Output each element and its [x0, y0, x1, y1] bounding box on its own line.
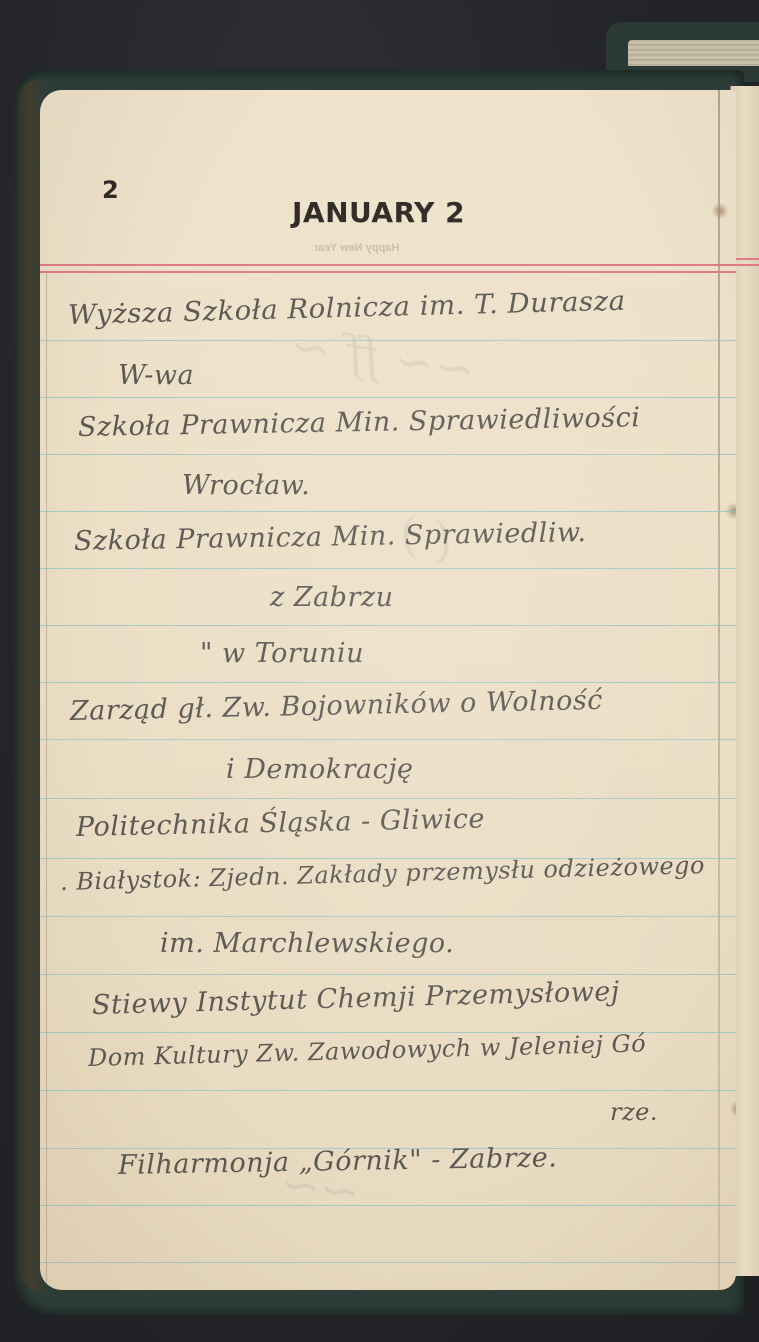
ruled-line	[40, 916, 736, 917]
ruled-line	[40, 1090, 736, 1091]
handwritten-line: Politechnika Śląska - Gliwice	[76, 803, 486, 843]
paper-stain	[712, 202, 728, 220]
handwritten-line: Filharmonja „Górnik" - Zabrze.	[118, 1142, 558, 1181]
back-notebook-page-edges	[628, 40, 759, 66]
page-fold	[718, 90, 720, 1290]
handwritten-line: z Zabrzu	[270, 582, 393, 613]
ruled-line	[40, 625, 736, 626]
header-red-rule	[40, 264, 736, 266]
handwritten-line: Stiewy Instytut Chemji Przemysłowej	[92, 976, 620, 1021]
handwritten-line: Szkoła Prawnicza Min. Sprawiedliwości	[78, 402, 641, 443]
handwritten-line: i Demokrację	[226, 754, 414, 785]
show-through-subtitle: Happy New Year	[314, 242, 399, 254]
page-number: 2	[102, 176, 119, 204]
ruled-line	[40, 1205, 736, 1206]
handwritten-line: Wrocław.	[182, 470, 310, 501]
header-red-rule	[40, 271, 736, 273]
handwritten-line: Szkoła Prawnicza Min. Sprawiedliw.	[74, 517, 587, 557]
paper-stain	[730, 1100, 736, 1118]
page-title: JANUARY 2	[292, 196, 465, 229]
ruled-line	[40, 974, 736, 975]
ruled-line	[40, 568, 736, 569]
ruled-line	[40, 1262, 736, 1263]
handwritten-line: rze.	[610, 1098, 658, 1126]
diary-page: 2 JANUARY 2 Happy New Year ~~ ff ~ ( ) ~…	[40, 90, 736, 1290]
handwritten-line: Dom Kultury Zw. Zawodowych w Jeleniej Gó	[88, 1029, 647, 1072]
margin-line	[46, 270, 47, 1290]
show-through-writing: ~~ ff ~	[287, 317, 478, 398]
ruled-line	[40, 739, 736, 740]
ruled-line	[40, 397, 736, 398]
handwritten-line: " w Toruniu	[200, 638, 364, 669]
ruled-line	[40, 682, 736, 683]
ruled-line	[40, 454, 736, 455]
handwritten-line: Zarząd gł. Zw. Bojowników o Wolność	[70, 685, 603, 727]
handwritten-line: W-wa	[118, 360, 194, 391]
handwritten-line: im. Marchlewskiego.	[160, 928, 454, 959]
ruled-line	[40, 511, 736, 512]
ruled-line	[40, 798, 736, 799]
